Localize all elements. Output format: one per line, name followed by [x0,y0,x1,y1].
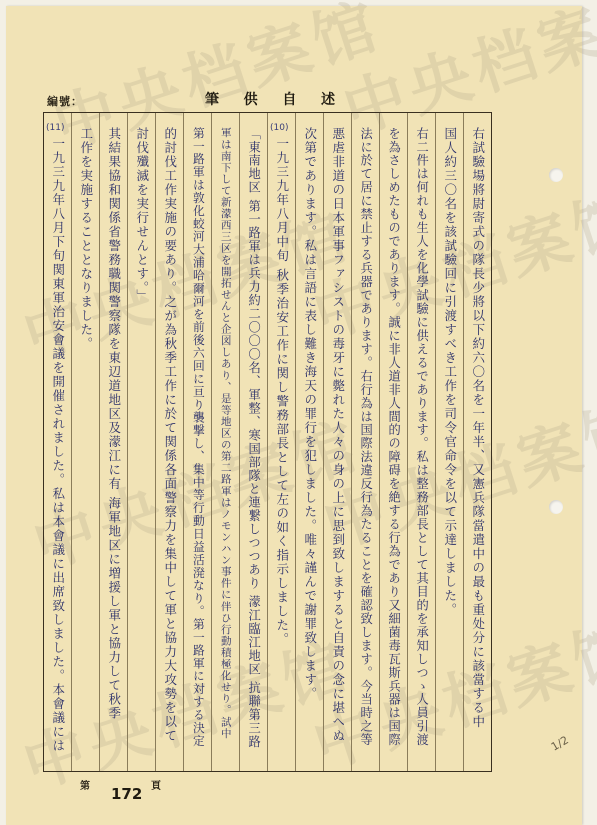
manuscript-column: 的討伐工作実施の要あり。之が為秋季工作に於て関係各面警察力を集中して軍と協力大攻… [155,113,183,771]
manuscript-column: (10)一九三九年八月中旬 秋季治安工作に関し警務部長として左の如く指示しました… [267,113,295,771]
page-prefix: 第 [80,777,90,792]
page-number: 172 [111,785,142,803]
manuscript-column: 国人約三〇名を該試驗回に引渡すべき工作を司令官命令を以て示達しました。 [435,113,463,771]
manuscript-column: 次第であります。私は言語に表し難き海天の罪行を犯しました。唯々謹んで謝罪致します… [295,113,323,771]
manuscript-column: 「東南地区 第一路軍は兵力約二〇〇〇名、軍整、寒国部隊と連繋しつつあり 濛江臨江… [239,113,267,771]
handwritten-line: 国人約三〇名を該試驗回に引渡すべき工作を司令官命令を以て示達しました。 [443,127,456,617]
manuscript-column: 工作を実施することとなりました。 [71,113,99,771]
manuscript-column: 右二件は何れも生人を化學試驗に供えるであります。私は整務部長として其目的を承知し… [407,113,435,771]
punch-hole [549,500,563,514]
title-char: 自 [282,89,296,109]
title-char: 筆 [205,89,219,109]
item-number-marker: (10) [270,123,288,133]
handwritten-line: 的討伐工作実施の要あり。之が為秋季工作に於て関係各面警察力を集中して軍と協力大攻… [163,127,176,743]
handwritten-line: 法に於て居に禁止する兵器であります。右行為は国際法違反行為たることを確認致します… [359,127,371,747]
handwritten-line: 其結果協和関係省警務職関警察隊を東辺道地区及濛江に有 海軍地区に増援し軍と協力し… [107,127,120,720]
handwritten-line: を為さしめたものであります。誠に非人道非人間的の障碍を絶する行為であり又細菌毒瓦… [387,127,399,747]
handwritten-line: 一九三九年八月下旬関東軍治安會議を開催されました。私は本會議に出席致しました。本… [51,137,64,753]
item-number-marker: (11) [46,123,64,133]
handwritten-line: 一九三九年八月中旬 秋季治安工作に関し警務部長として左の如く指示しました。 [275,137,288,646]
handwritten-line: 「東南地区 第一路軍は兵力約二〇〇〇名、軍整、寒国部隊と連繋しつつあり 濛江臨江… [247,127,259,749]
manuscript-column: 第一路軍は敦化蛟河大浦哈爾河を前後六回に亘り襲撃し、集中等行動日益活溌なり。第一… [183,113,211,771]
handwritten-line: 次第であります。私は言語に表し難き海天の罪行を犯しました。唯々謹んで謝罪致します… [303,127,316,701]
handwritten-line: 悪虐非道の日本軍事ファシストの毒牙に斃れた人々の身の上に思到致しますると自責の念… [331,127,344,743]
handwritten-line: 工作を実施することとなりました。 [79,127,92,351]
manuscript-column: を為さしめたものであります。誠に非人道非人間的の障碍を絶する行為であり又細菌毒瓦… [379,113,407,771]
handwritten-line: 第一路軍は敦化蛟河大浦哈爾河を前後六回に亘り襲撃し、集中等行動日益活溌なり。第一… [192,127,204,747]
document-title: 筆 供 自 述 [205,89,335,109]
handwritten-line: 討伐殲滅を実行せんとす。」 [135,127,148,303]
punch-hole [549,168,563,182]
handwritten-line: 右二件は何れも生人を化學試驗に供えるであります。私は整務部長として其目的を承知し… [415,127,427,747]
page-suffix: 頁 [151,777,161,792]
title-char: 述 [321,89,335,109]
handwritten-line: 軍は南下して新濛西三区を開拓せんと企図しあり、是等地区の第二路軍はノモンハン事件… [220,127,231,739]
manuscript-column: 悪虐非道の日本軍事ファシストの毒牙に斃れた人々の身の上に思到致しますると自責の念… [323,113,351,771]
manuscript-column: (11)一九三九年八月下旬関東軍治安會議を開催されました。私は本會議に出席致しま… [44,113,71,771]
handwritten-line: 右試驗場將尉寄式の隊長少將以下約六〇名を一年半、又憲兵隊當遣中の最も重处分に該當… [471,127,484,729]
manuscript-column: 法に於て居に禁止する兵器であります。右行為は国際法違反行為たることを確認致します… [351,113,379,771]
manuscript-column: 其結果協和関係省警務職関警察隊を東辺道地区及濛江に有 海軍地区に増援し軍と協力し… [99,113,127,771]
title-char: 供 [244,89,258,109]
manuscript-grid: 右試驗場將尉寄式の隊長少將以下約六〇名を一年半、又憲兵隊當遣中の最も重处分に該當… [43,112,492,772]
manuscript-column: 右試驗場將尉寄式の隊長少將以下約六〇名を一年半、又憲兵隊當遣中の最も重处分に該當… [463,113,491,771]
file-number-label: 編號： [47,93,83,109]
manuscript-column: 軍は南下して新濛西三区を開拓せんと企図しあり、是等地区の第二路軍はノモンハン事件… [211,113,239,771]
manuscript-column: 討伐殲滅を実行せんとす。」 [127,113,155,771]
